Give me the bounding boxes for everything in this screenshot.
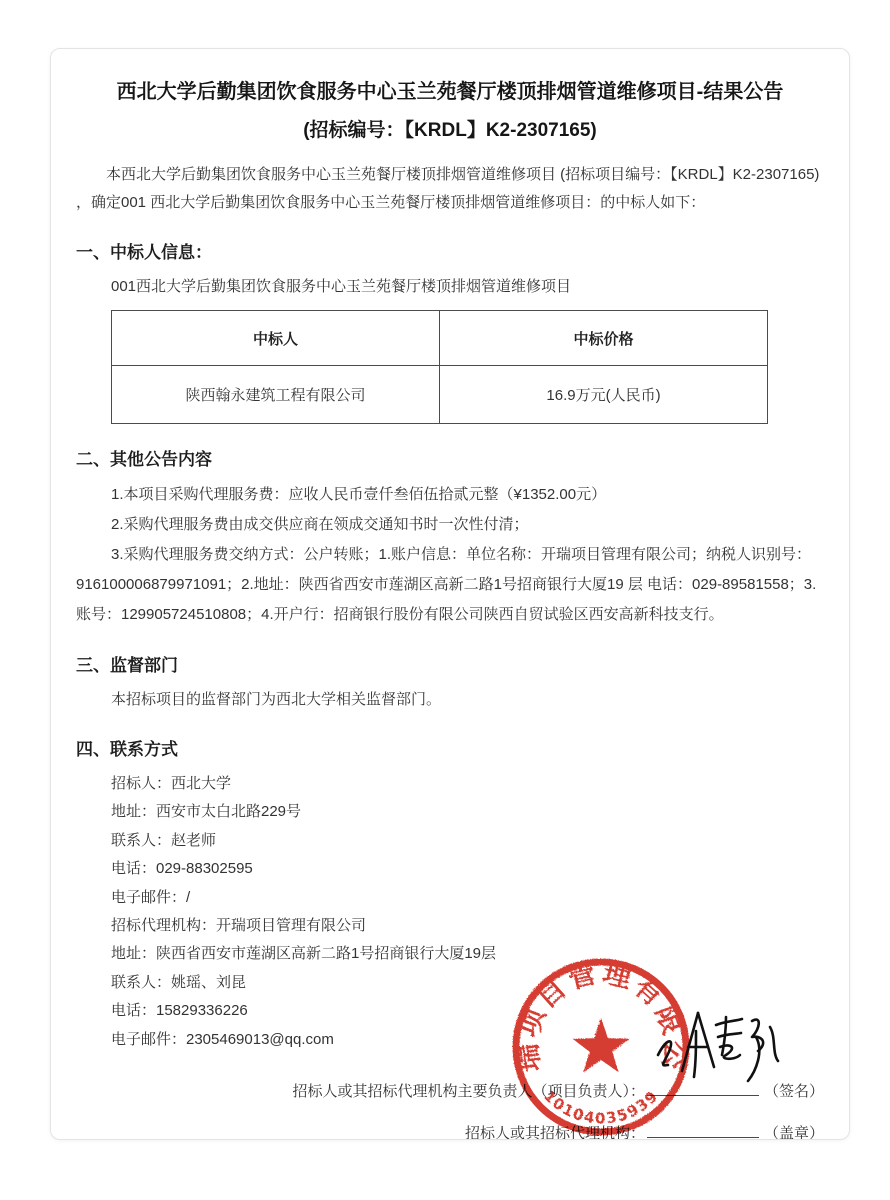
tender-number-subtitle: (招标编号：【KRDL】K2-2307165): [76, 116, 824, 146]
subproject-line: 001西北大学后勤集团饮食服务中心玉兰苑餐厅楼顶排烟管道维修项目: [76, 273, 824, 301]
signature-line-principal-label: 招标人或其招标代理机构主要负责人（项目负责人）：: [292, 1083, 645, 1100]
section-heading-contact: 四、联系方式: [76, 737, 824, 763]
supervision-body: 本招标项目的监督部门为西北大学相关监督部门。: [76, 686, 824, 714]
page-title: 西北大学后勤集团饮食服务中心玉兰苑餐厅楼顶排烟管道维修项目-结果公告: [81, 77, 819, 107]
contact-tenderer-person: 联系人：赵老师: [76, 827, 824, 855]
contact-agency-address: 地址：陕西省西安市莲湖区高新二路1号招商银行大厦19层: [76, 940, 824, 968]
seal-underline: [647, 1122, 759, 1138]
contact-tenderer-address: 地址：西安市太白北路229号: [76, 798, 824, 826]
document-card: 西北大学后勤集团饮食服务中心玉兰苑餐厅楼顶排烟管道维修项目-结果公告 (招标编号…: [50, 48, 850, 1140]
signature-suffix-sign: （签名）: [764, 1083, 824, 1100]
contact-agency-phone: 电话：15829336226: [76, 997, 824, 1025]
signature-line-principal: 招标人或其招标代理机构主要负责人（项目负责人）：（签名）: [76, 1080, 824, 1101]
contact-agency: 招标代理机构：开瑞项目管理有限公司: [76, 912, 824, 940]
other-item-2: 2.采购代理服务费由成交供应商在领成交通知书时一次性付清；: [76, 510, 824, 540]
contact-tenderer: 招标人：西北大学: [76, 770, 824, 798]
contact-tenderer-phone: 电话：029-88302595: [76, 855, 824, 883]
contact-agency-person: 联系人：姚瑶、刘昆: [76, 969, 824, 997]
signature-line-agency-label: 招标人或其招标代理机构：: [465, 1125, 645, 1140]
winner-price-cell: 16.9万元(人民币): [440, 366, 768, 424]
winner-table-header-row: 中标人 中标价格: [112, 311, 768, 366]
contact-tenderer-email: 电子邮件：/: [76, 884, 824, 912]
intro-paragraph: 本西北大学后勤集团饮食服务中心玉兰苑餐厅楼顶排烟管道维修项目 (招标项目编号：【…: [76, 161, 824, 217]
signature-suffix-seal: （盖章）: [764, 1125, 824, 1140]
contact-agency-email: 电子邮件：2305469013@qq.com: [76, 1026, 824, 1054]
signature-underline: [647, 1080, 759, 1096]
winner-name-cell: 陕西翰永建筑工程有限公司: [112, 366, 440, 424]
other-item-3: 3.采购代理服务费交纳方式：公户转账；1.账户信息：单位名称：开瑞项目管理有限公…: [76, 540, 824, 630]
section-heading-supervision: 三、监督部门: [76, 653, 824, 679]
winner-table: 中标人 中标价格 陕西翰永建筑工程有限公司 16.9万元(人民币): [111, 310, 768, 424]
other-item-1: 1.本项目采购代理服务费：应收人民币壹仟叁佰伍拾贰元整（¥1352.00元）: [76, 480, 824, 510]
section-heading-other-content: 二、其他公告内容: [76, 447, 824, 473]
signature-line-agency: 招标人或其招标代理机构：（盖章）: [76, 1122, 824, 1140]
winner-table-header-bidder: 中标人: [112, 311, 440, 366]
page-background: { "document": { "title": "西北大学后勤集团饮食服务中心…: [0, 0, 890, 1200]
table-row: 陕西翰永建筑工程有限公司 16.9万元(人民币): [112, 366, 768, 424]
section-heading-winner-info: 一、中标人信息：: [76, 240, 824, 266]
winner-table-header-price: 中标价格: [440, 311, 768, 366]
